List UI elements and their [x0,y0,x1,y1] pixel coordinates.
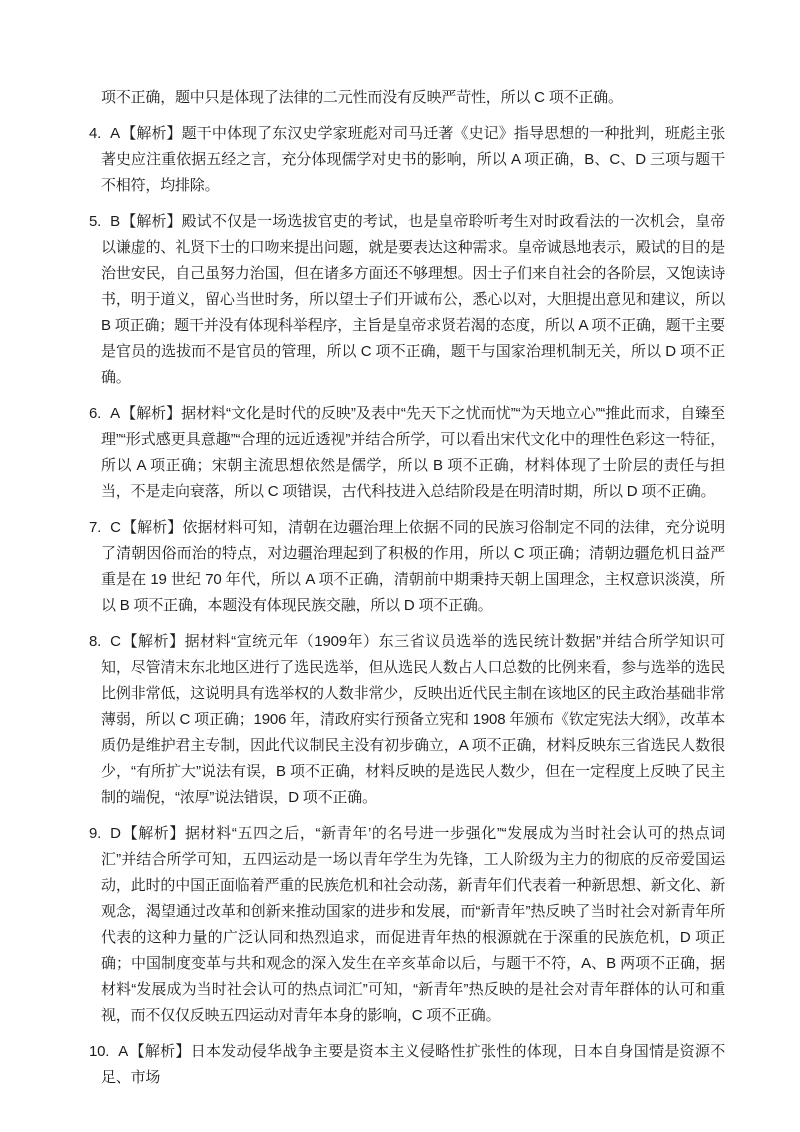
analysis-text: 据材料“文化是时代的反映”及表中“先天下之忧而忧”“为天地立心”“推此而求，自臻… [101,405,725,500]
item-number: 8. [89,633,101,650]
analysis-tag: 【解析】 [129,1043,191,1060]
item-number: 4. [89,125,101,142]
answer-item-9: 9.D【解析】据材料“五四之后，“新青年’的名号进一步强化”“发展成为当时社会认… [89,821,725,1029]
answer-letter: A [118,1043,128,1060]
item-number: 9. [89,825,101,842]
analysis-text: 据材料“五四之后，“新青年’的名号进一步强化”“发展成为当时社会认可的热点词汇”… [101,825,725,1024]
analysis-text: 殿试不仅是一场选拔官吏的考试，也是皇帝聆听考生对时政看法的一次机会，皇帝以谦虚的… [101,213,725,386]
item-number: 5. [89,213,101,230]
answer-item-7: 7.C【解析】依据材料可知，清朝在边疆治理上依据不同的民族习俗制定不同的法律，充… [89,515,725,619]
analysis-tag: 【解析】 [121,405,181,422]
answer-letter: A [110,405,120,422]
answer-item-4: 4.A【解析】题干中体现了东汉史学家班彪对司马迁著《史记》指导思想的一种批判，班… [89,121,725,199]
analysis-tag: 【解析】 [122,633,185,650]
continuation-paragraph: 项不正确，题中只是体现了法律的二元性而没有反映严苛性，所以 C 项不正确。 [89,85,725,111]
answer-item-10: 10.A【解析】日本发动侵华战争主要是资本主义侵略性扩张性的体现，日本自身国情是… [89,1039,725,1091]
analysis-text: 依据材料可知，清朝在边疆治理上依据不同的民族习俗制定不同的法律，充分说明了清朝因… [101,519,725,614]
item-number: 6. [89,405,101,422]
answer-letter: B [110,213,120,230]
answer-letter: D [110,825,121,842]
answer-key-content: 项不正确，题中只是体现了法律的二元性而没有反映严苛性，所以 C 项不正确。 4.… [89,85,725,1101]
answer-item-8: 8.C【解析】据材料“宣统元年（1909年）东三省议员选举的选民统计数据”并结合… [89,629,725,811]
analysis-tag: 【解析】 [122,519,183,536]
analysis-text: 日本发动侵华战争主要是资本主义侵略性扩张性的体现，日本自身国情是资源不足、市场 [101,1043,725,1086]
answer-item-5: 5.B【解析】殿试不仅是一场选拔官吏的考试，也是皇帝聆听考生对时政看法的一次机会… [89,209,725,391]
answer-letter: C [110,519,121,536]
analysis-tag: 【解析】 [122,825,185,842]
item-number: 10. [89,1043,109,1060]
document-page: 项不正确，题中只是体现了法律的二元性而没有反映严苛性，所以 C 项不正确。 4.… [0,0,800,1132]
item-number: 7. [89,519,101,536]
analysis-tag: 【解析】 [121,213,182,230]
answer-letter: C [110,633,121,650]
analysis-text: 题干中体现了东汉史学家班彪对司马迁著《史记》指导思想的一种批判，班彪主张著史应注… [101,125,725,194]
analysis-tag: 【解析】 [121,125,182,142]
analysis-text: 据材料“宣统元年（1909年）东三省议员选举的选民统计数据”并结合所学知识可知，… [101,633,725,806]
continuation-text: 项不正确，题中只是体现了法律的二元性而没有反映严苛性，所以 C 项不正确。 [101,89,623,106]
answer-letter: A [110,125,120,142]
answer-item-6: 6.A【解析】据材料“文化是时代的反映”及表中“先天下之忧而忧”“为天地立心”“… [89,401,725,505]
